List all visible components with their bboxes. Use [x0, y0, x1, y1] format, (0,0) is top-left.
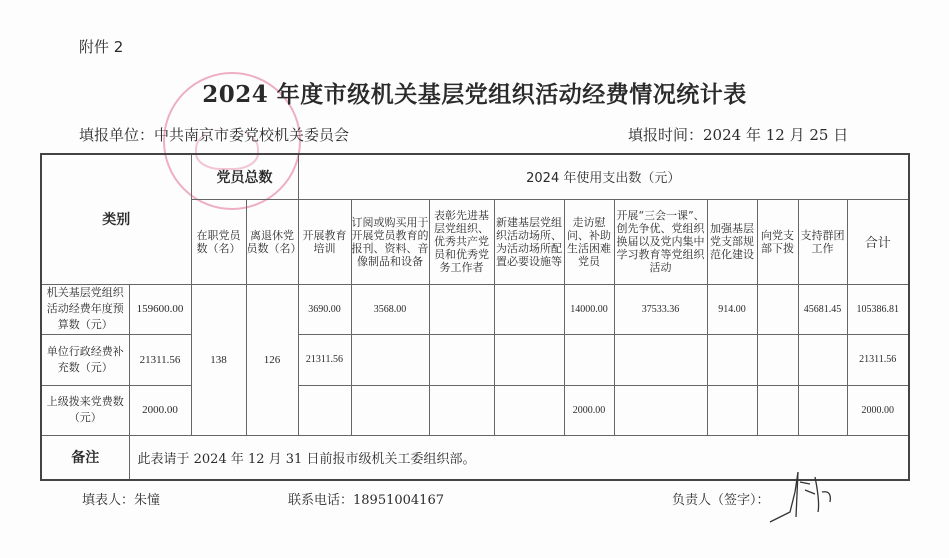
retired-members-count: 126 — [246, 284, 298, 435]
active-members-count: 138 — [191, 284, 246, 435]
filler-name: 填表人：朱憧 — [82, 489, 160, 508]
document-title: 2024 年度市级机关基层党组织活动经费情况统计表 — [0, 76, 949, 109]
cell — [351, 385, 429, 435]
cell-total: 2000.00 — [847, 385, 909, 435]
col-active-members: 在职党员数（名） — [191, 199, 246, 284]
col-education-training: 开展教育培训 — [298, 199, 351, 284]
cell — [351, 334, 429, 385]
members-header: 党员总数 — [191, 154, 298, 199]
fill-date: 填报时间：2024 年 12 月 25 日 — [628, 124, 848, 145]
spending-header: 2024 年使用支出数（元） — [298, 154, 909, 199]
cell: 3690.00 — [298, 284, 351, 334]
cell — [798, 385, 847, 435]
cell — [614, 385, 707, 435]
cell: 21311.56 — [298, 334, 351, 385]
cell — [298, 385, 351, 435]
cell — [707, 334, 757, 385]
col-branch-allocation: 向党支部下拨 — [757, 199, 798, 284]
cell: 45681.45 — [798, 284, 847, 334]
cell: 14000.00 — [564, 284, 614, 334]
cell-total: 21311.56 — [847, 334, 909, 385]
cell — [564, 334, 614, 385]
handwritten-signature-icon — [760, 462, 840, 532]
row-label: 上级拨来党费数（元） — [41, 385, 129, 435]
cell — [429, 334, 494, 385]
row-label: 机关基层党组织活动经费年度预算数（元） — [41, 284, 129, 334]
cell — [494, 284, 564, 334]
row-amount: 2000.00 — [129, 385, 191, 435]
cell — [757, 385, 798, 435]
col-total: 合计 — [847, 199, 909, 284]
cell: 3568.00 — [351, 284, 429, 334]
cell — [429, 284, 494, 334]
expense-table: 类别 党员总数 2024 年使用支出数（元） 在职党员数（名） 离退休党员数（名… — [40, 153, 910, 481]
attachment-label: 附件 2 — [79, 36, 123, 57]
col-commendation: 表彰先进基层党组织、优秀共产党员和优秀党务工作者 — [429, 199, 494, 284]
cell — [429, 385, 494, 435]
fill-unit: 填报单位：中共南京市委党校机关委员会 — [79, 124, 349, 145]
cell — [707, 385, 757, 435]
cell — [494, 385, 564, 435]
category-header: 类别 — [41, 154, 191, 284]
col-venue-construction: 新建基层党组织活动场所、为活动场所配置必要设施等 — [494, 199, 564, 284]
col-branch-standardization: 加强基层党支部规范化建设 — [707, 199, 757, 284]
col-retired-members: 离退休党员数（名） — [246, 199, 298, 284]
cell — [798, 334, 847, 385]
col-publications: 订阅或购买用于开展党员教育的报刊、资料、音像制品和设备 — [351, 199, 429, 284]
row-amount: 21311.56 — [129, 334, 191, 385]
col-visits-aid: 走访慰问、补助生活困难党员 — [564, 199, 614, 284]
cell-total: 105386.81 — [847, 284, 909, 334]
cell: 2000.00 — [564, 385, 614, 435]
row-amount: 159600.00 — [129, 284, 191, 334]
table-row: 单位行政经费补充数（元） 21311.56 21311.56 21311.56 — [41, 334, 909, 385]
cell — [757, 334, 798, 385]
cell — [494, 334, 564, 385]
remark-label: 备注 — [41, 435, 129, 480]
table-row: 机关基层党组织活动经费年度预算数（元） 159600.00 138 126 36… — [41, 284, 909, 334]
col-party-activities: 开展“三会一课”、创先争优、党组织换届以及党内集中学习教育等党组织活动 — [614, 199, 707, 284]
row-label: 单位行政经费补充数（元） — [41, 334, 129, 385]
cell: 914.00 — [707, 284, 757, 334]
col-mass-org-support: 支持群团工作 — [798, 199, 847, 284]
table-row: 上级拨来党费数（元） 2000.00 2000.00 2000.00 — [41, 385, 909, 435]
cell — [614, 334, 707, 385]
responsible-signature-label: 负责人（签字）： — [672, 489, 770, 508]
cell — [757, 284, 798, 334]
contact-phone: 联系电话：18951004167 — [288, 489, 444, 508]
cell: 37533.36 — [614, 284, 707, 334]
